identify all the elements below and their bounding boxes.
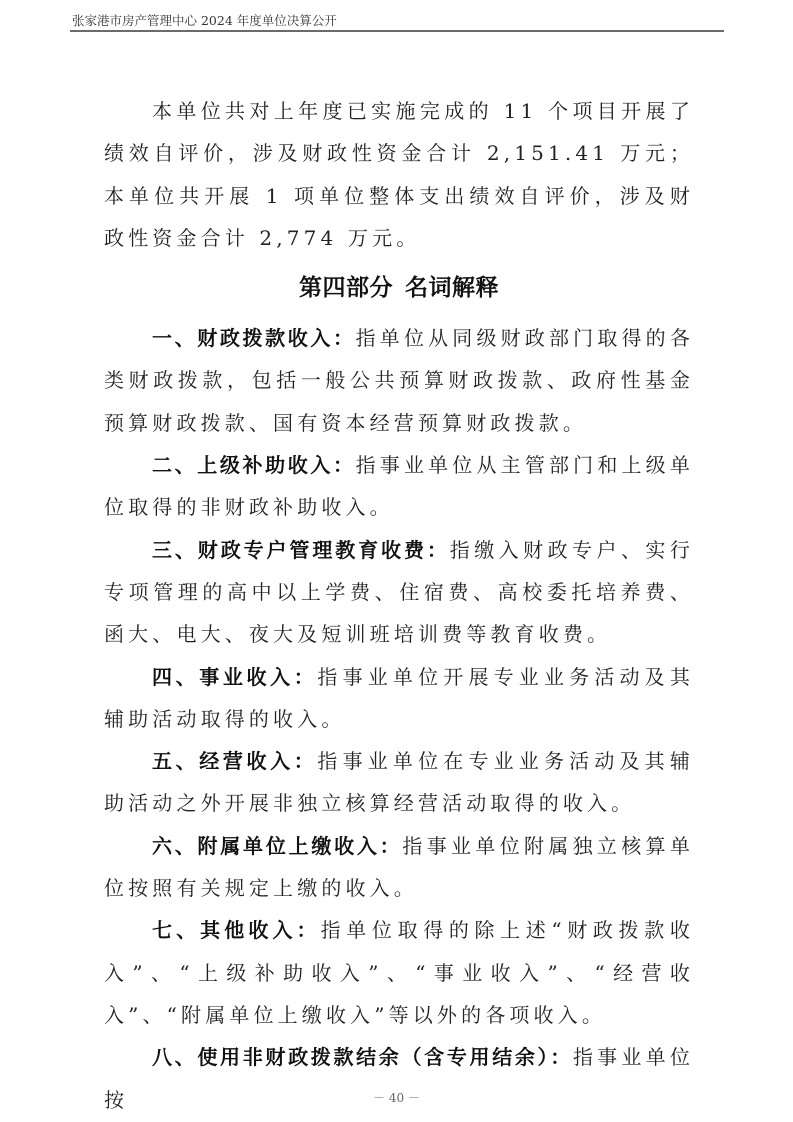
definition-item: 四、事业收入：指事业单位开展专业业务活动及其辅助活动取得的收入。 [104,656,694,741]
page-header: 张家港市房产管理中心 2024 年度单位决算公开 [70,8,724,32]
section-part-label: 第四部分 [299,275,393,301]
definition-term: 五、经营收入： [152,749,317,773]
definition-item: 七、其他收入：指单位取得的除上述“财政拨款收入”、“上级补助收入”、“事业收入”… [104,909,694,1036]
section-title: 第四部分名词解释 [104,259,694,317]
definition-term: 七、其他收入： [152,918,321,942]
header-title: 张家港市房产管理中心 2024 年度单位决算公开 [72,11,337,29]
document-body: 本单位共对上年度已实施完成的 11 个项目开展了绩效自评价，涉及财政性资金合计 … [104,90,694,1121]
definition-term: 六、附属单位上缴收入： [152,834,402,858]
definition-item: 一、财政拨款收入：指单位从同级财政部门取得的各类财政拨款，包括一般公共预算财政拨… [104,317,694,444]
definition-item: 五、经营收入：指事业单位在专业业务活动及其辅助活动之外开展非独立核算经营活动取得… [104,740,694,825]
definition-term: 四、事业收入： [152,665,317,689]
definition-item: 三、财政专户管理教育收费：指缴入财政专户、实行专项管理的高中以上学费、住宿费、高… [104,529,694,656]
definition-term: 八、使用非财政拨款结余（含专用结余）： [152,1045,573,1069]
definition-term: 一、财政拨款收入： [152,326,356,350]
intro-paragraph: 本单位共对上年度已实施完成的 11 个项目开展了绩效自评价，涉及财政性资金合计 … [104,90,694,259]
definition-term: 三、财政专户管理教育收费： [152,538,450,562]
definition-term: 二、上级补助收入： [152,453,356,477]
definition-item: 二、上级补助收入：指事业单位从主管部门和上级单位取得的非财政补助收入。 [104,444,694,529]
definition-item: 八、使用非财政拨款结余（含专用结余）：指事业单位按 [104,1036,694,1121]
section-name-label: 名词解释 [405,275,499,301]
definition-item: 六、附属单位上缴收入：指事业单位附属独立核算单位按照有关规定上缴的收入。 [104,825,694,910]
page-number: － 40 － [0,1089,793,1106]
